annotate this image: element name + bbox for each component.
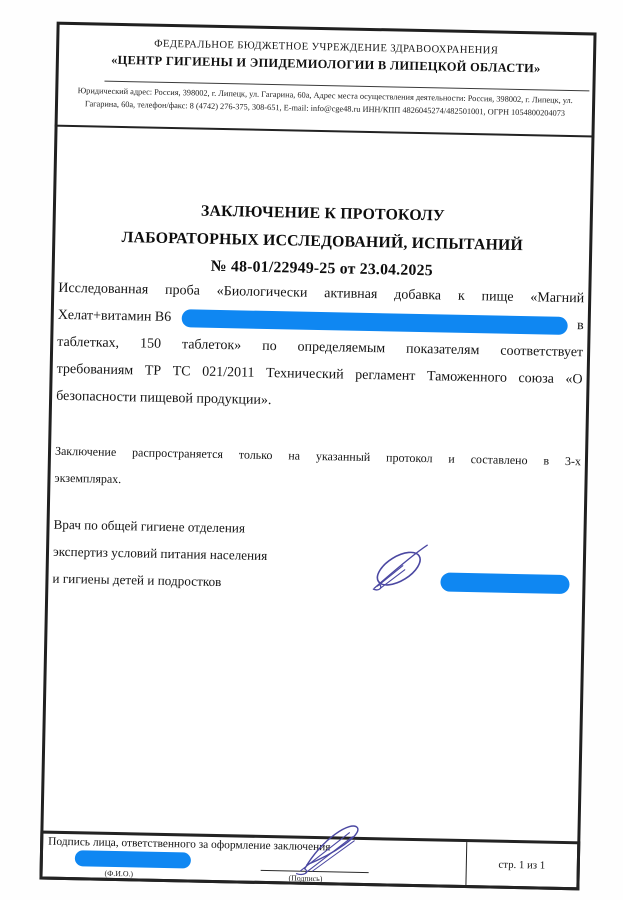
footer-signature-cell: Подпись лица, ответственного за оформлен…: [43, 834, 468, 886]
address-divider: [55, 125, 595, 138]
conclusion-paragraph: Исследованная проба «Биологически активн…: [56, 275, 585, 421]
signatory-position: Врач по общей гигиене отделения эксперти…: [52, 511, 268, 596]
signature-icon: [370, 541, 431, 594]
redaction-bar-fio: [75, 850, 191, 868]
document-title: ЗАКЛЮЧЕНИЕ К ПРОТОКОЛУ ЛАБОРАТОРНЫХ ИССЛ…: [55, 195, 591, 288]
page-number-cell: стр. 1 из 1: [466, 842, 577, 887]
footer-signature-icon: [291, 817, 372, 879]
document-page: ФЕДЕРАЛЬНОЕ БЮДЖЕТНОЕ УЧРЕЖДЕНИЕ ЗДРАВОО…: [39, 22, 596, 891]
footer-table: Подпись лица, ответственного за оформлен…: [39, 831, 580, 891]
paragraph-text-prefix: Хелат+витамин В6: [58, 302, 172, 331]
paragraph-text-suffix: в: [577, 312, 584, 339]
signatory-line1: Врач по общей гигиене отделения: [53, 511, 268, 542]
fio-label: (Ф.И.О.): [104, 869, 133, 879]
signatory-line2: экспертиз условий питания населения: [53, 538, 268, 569]
org-address: Юридический адрес: Россия, 398002, г. Ли…: [63, 85, 587, 121]
redaction-bar-product: [182, 309, 568, 335]
signatory-line3: и гигиены детей и подростков: [52, 565, 267, 596]
redaction-bar-approver-name: [440, 572, 569, 594]
page-number: стр. 1 из 1: [498, 858, 545, 871]
scope-paragraph: Заключение распространяется только на ук…: [54, 438, 581, 503]
